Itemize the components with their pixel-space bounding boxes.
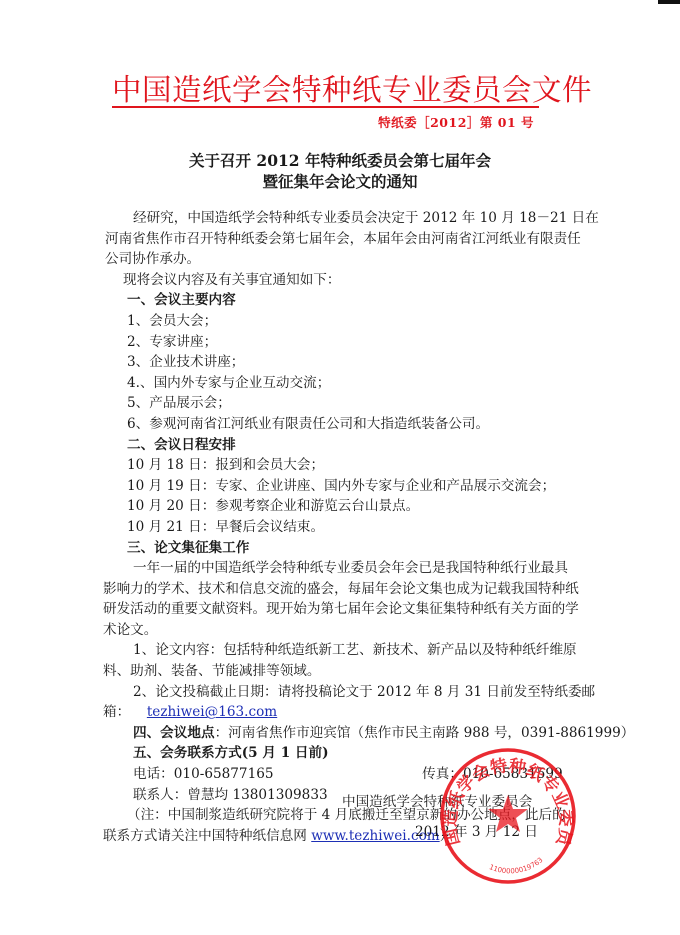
section-4-line: 四、会议地点：河南省焦作市迎宾馆（焦作市民主南路 988 号，0391-8861… bbox=[105, 723, 570, 744]
scan-corner-mark bbox=[658, 0, 680, 4]
deadline-line-1: 2、论文投稿截止日期：请将投稿论文于 2012 年 8 月 31 日前发至特纸委… bbox=[105, 682, 570, 703]
section-1-item: 6、参观河南省江河纸业有限责任公司和大指造纸装备公司。 bbox=[105, 414, 570, 435]
intro-line-2: 河南省焦作市召开特种纸委会第七届年会，本届年会由河南省江河纸业有限责任 bbox=[105, 229, 570, 250]
deadline-line-2: 箱： tezhiwei@163.com bbox=[103, 702, 570, 723]
section-1-item: 4.、国内外专家与企业互动交流； bbox=[105, 373, 570, 394]
svg-text:1100000019763: 1100000019763 bbox=[488, 856, 545, 875]
section-1-item: 1、会员大会； bbox=[105, 311, 570, 332]
schedule-item: 10 月 18 日：报到和会员大会； bbox=[105, 455, 570, 476]
section-3-para-line: 影响力的学术、技术和信息交流的盛会，每届年会论文集也成为记载我国特种纸 bbox=[103, 579, 570, 600]
section-3-para-line: 术论文。 bbox=[103, 620, 570, 641]
intro-line-1: 经研究，中国造纸学会特种纸专业委员会决定于 2012 年 10 月 18－21 … bbox=[105, 208, 570, 229]
letterhead-title: 中国造纸学会特种纸专业委员会文件 bbox=[112, 74, 542, 106]
section-3-para-line: 研发活动的重要文献资料。现开始为第七届年会论文集征集特种纸有关方面的学 bbox=[103, 599, 570, 620]
email-link[interactable]: tezhiwei@163.com bbox=[147, 704, 277, 720]
notice-title-line-2: 暨征集年会论文的通知 bbox=[0, 171, 680, 192]
paper-content-line-2: 料、助剂、装备、节能减排等领域。 bbox=[103, 661, 570, 682]
letterhead-red-rule bbox=[112, 106, 539, 108]
section-3-para-line: 一年一届的中国造纸学会特种纸专业委员会年会已是我国特种纸行业最具 bbox=[105, 558, 570, 579]
note-prefix: 联系方式请关注中国特种纸信息网 bbox=[103, 828, 311, 844]
schedule-item: 10 月 21 日：早餐后会议结束。 bbox=[105, 517, 570, 538]
section-1-item: 3、企业技术讲座； bbox=[105, 352, 570, 373]
seal-ring-text: 中国造纸学会特种纸专业委员会 bbox=[437, 745, 577, 849]
phone-label: 电话： bbox=[133, 766, 174, 782]
phone-number: 010-65877165 bbox=[174, 766, 274, 782]
mailbox-label: 箱： bbox=[103, 704, 130, 720]
seal-star-icon bbox=[488, 795, 528, 832]
intro-line-4: 现将会议内容及有关事宜通知如下： bbox=[105, 270, 570, 291]
svg-text:中国造纸学会特种纸专业委员会: 中国造纸学会特种纸专业委员会 bbox=[437, 745, 577, 849]
section-1-heading: 一、会议主要内容 bbox=[105, 290, 570, 311]
intro-line-3: 公司协作承办。 bbox=[105, 249, 570, 270]
section-1-item: 5、产品展示会； bbox=[105, 393, 570, 414]
document-number: 特纸委［2012］第 01 号 bbox=[378, 113, 534, 131]
schedule-item: 10 月 20 日：参观考察企业和游览云台山景点。 bbox=[105, 496, 570, 517]
contact-label: 联系人： bbox=[133, 787, 187, 803]
notice-title-line-1: 关于召开 2012 年特种纸委员会第七届年会 bbox=[0, 150, 680, 171]
section-4-heading: 四、会议地点 bbox=[133, 725, 215, 741]
contact-person: 曾慧均 13801309833 bbox=[187, 787, 327, 803]
section-1-item: 2、专家讲座； bbox=[105, 332, 570, 353]
paper-content-line-1: 1、论文内容：包括特种纸造纸新工艺、新技术、新产品以及特种纸纤维原 bbox=[105, 640, 570, 661]
venue-text: ：河南省焦作市迎宾馆（焦作市民主南路 988 号，0391-8861999） bbox=[215, 725, 635, 741]
schedule-item: 10 月 19 日：专家、企业讲座、国内外专家与企业和产品展示交流会； bbox=[105, 476, 570, 497]
seal-number: 1100000019763 bbox=[488, 856, 545, 875]
notice-title: 关于召开 2012 年特种纸委员会第七届年会 暨征集年会论文的通知 bbox=[0, 150, 680, 192]
official-seal-stamp: 中国造纸学会特种纸专业委员会 1100000019763 bbox=[437, 745, 579, 887]
section-3-heading: 三、论文集征集工作 bbox=[105, 538, 570, 559]
section-2-heading: 二、会议日程安排 bbox=[105, 435, 570, 456]
